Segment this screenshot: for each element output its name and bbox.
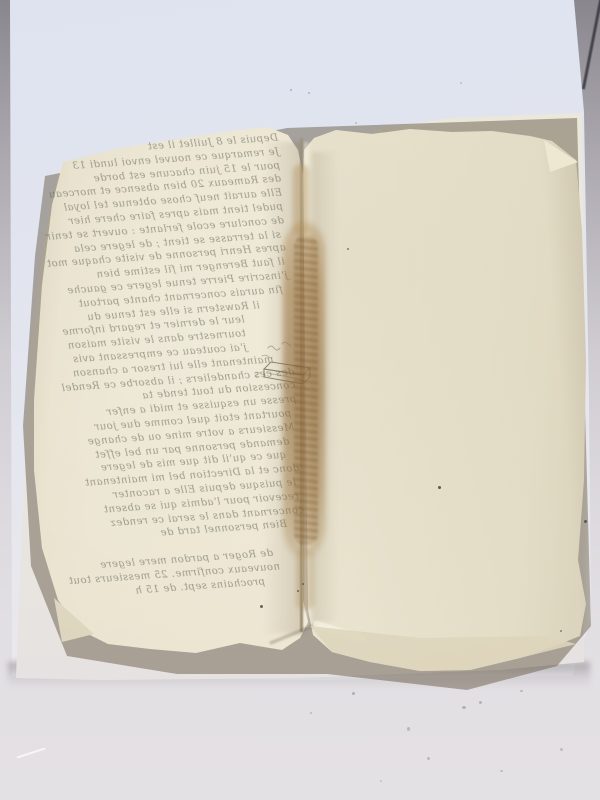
dust-speck — [310, 712, 312, 714]
dust-speck — [479, 701, 482, 704]
dust-speck — [380, 780, 382, 782]
dust-speck — [520, 690, 523, 692]
sheet-speck — [308, 92, 310, 94]
fold-stain-upper — [293, 164, 309, 236]
page-speck — [584, 520, 587, 523]
page-speck — [302, 583, 304, 585]
dust-speck — [500, 770, 503, 772]
page-speck — [438, 486, 441, 489]
dust-speck — [352, 692, 355, 695]
page-speck — [297, 590, 299, 592]
dust-speck — [462, 706, 466, 709]
dust-speck — [407, 727, 410, 731]
dust-speck — [427, 757, 430, 760]
page-speck — [260, 605, 263, 608]
sheet-speck — [290, 89, 292, 91]
page-speck — [560, 630, 562, 632]
sheet-speck — [355, 122, 357, 124]
fold-stain-lower — [296, 548, 314, 610]
page-speck — [347, 248, 349, 250]
photo-scene: Depuis le 8 Juillet il estJe remarque ce… — [0, 0, 600, 800]
dust-speck — [560, 748, 563, 751]
sheet-speck — [460, 82, 462, 84]
fold-stain-core — [294, 236, 318, 544]
